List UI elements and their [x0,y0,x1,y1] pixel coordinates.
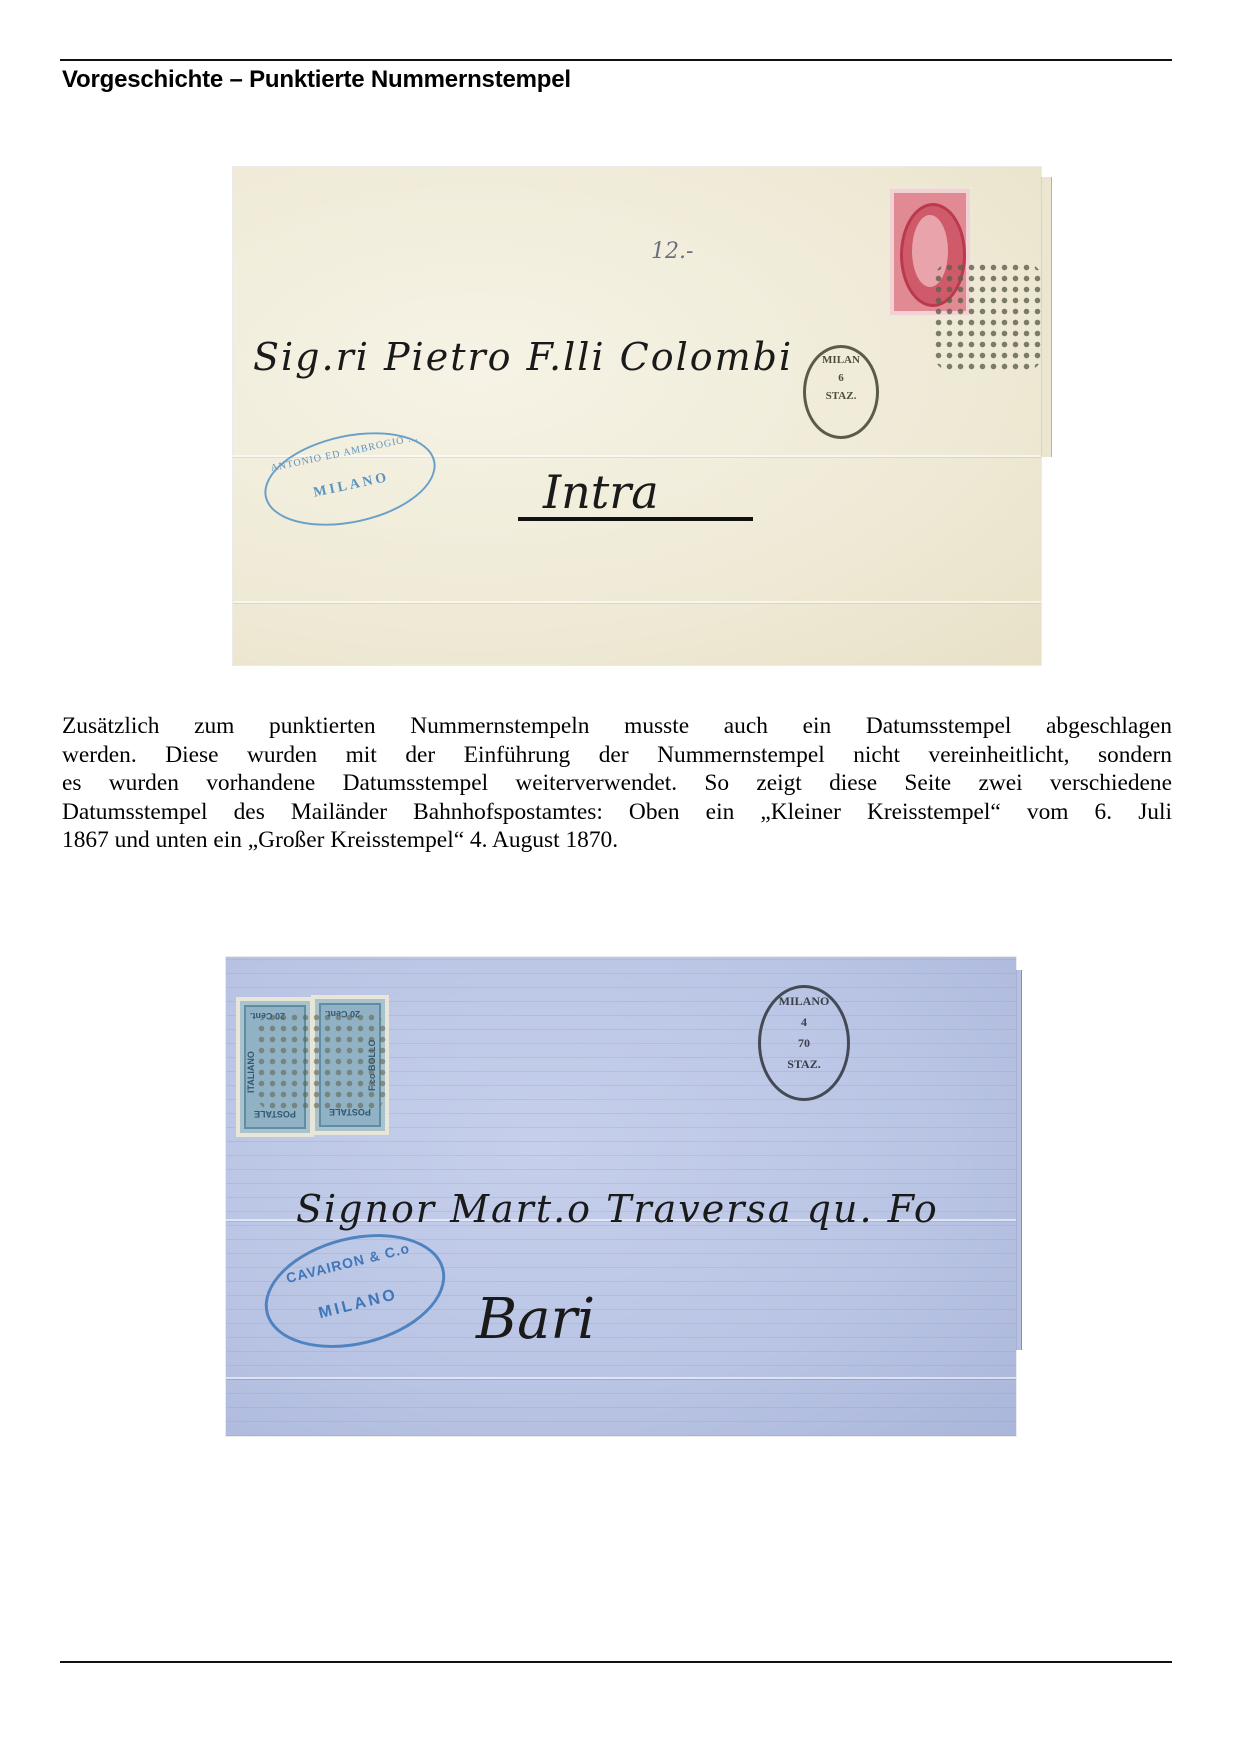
cover-image-1870: 20 Cent. ITALIANO POSTALE 20 Cent. F.co … [226,957,1016,1436]
destination: Intra [543,465,659,519]
fold-line [233,601,1041,603]
bottom-rule [60,1661,1172,1663]
address-line: Signor Mart.o Traversa qu. Fo [296,1187,939,1231]
destination: Bari [476,1287,595,1352]
sender-cachet: ANTONIO ED AMBROGIO ... MILANO [256,418,444,540]
dotted-numeral-cancel [933,262,1041,372]
dotted-numeral-cancel [256,1012,386,1112]
top-rule [60,59,1172,61]
destination-underline [518,517,753,521]
address-line: Sig.ri Pietro F.lli Colombi [253,335,793,379]
pencil-note: 12.- [651,239,693,264]
date-stamp-small-circle: MILAN 6 STAZ. [803,345,879,439]
fold-line [226,1377,1016,1379]
description-text: Zusätzlich zum punktierten Nummernstempe… [62,712,1172,855]
cover-image-1867: 12.- MILAN 6 STAZ. ANTONIO ED AMBROGIO .… [233,167,1041,665]
page-title: Vorgeschichte – Punktierte Nummernstempe… [62,66,571,94]
date-stamp-large-circle: MILANO 4 70 STAZ. [758,985,850,1101]
sender-cachet: CAVAIRON & C.o MILANO [253,1216,458,1365]
